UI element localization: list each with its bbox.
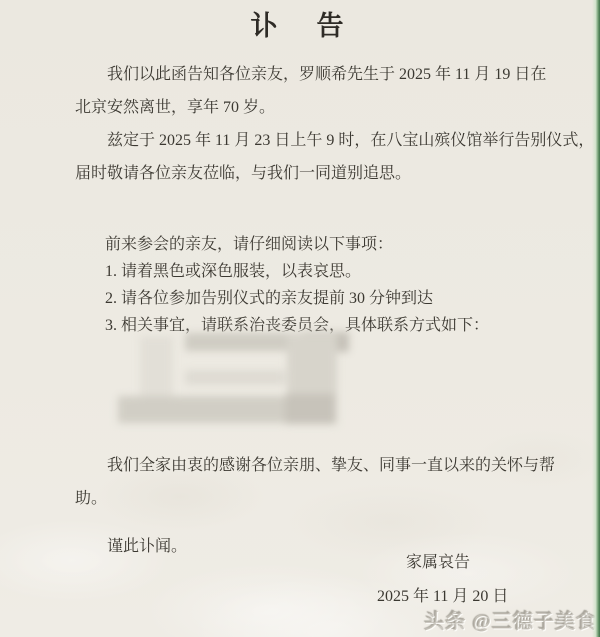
notice-intro: 前来参会的亲友，请仔细阅读以下事项：: [105, 231, 535, 258]
notice-item-arrival-time: 2. 请各位参加告别仪式的亲友提前 30 分钟到达: [105, 285, 535, 312]
page-edge-stripe: [592, 0, 600, 637]
notice-item-contact: 3. 相关事宜，请联系治丧委员会，具体联系方式如下：: [105, 312, 535, 339]
redacted-patch: [287, 334, 337, 424]
watermark-toutiao-badge: 头条 @三德子美食: [424, 605, 597, 634]
signature-family: 家属哀告: [406, 552, 470, 574]
notice-section: 前来参会的亲友，请仔细阅读以下事项： 1. 请着黑色或深色服装，以表哀思。 2.…: [105, 231, 535, 339]
redacted-patch: [118, 396, 288, 423]
closing-line: 谨此讣闻。: [75, 530, 187, 563]
redacted-patch: [285, 394, 335, 424]
obituary-document: 讣 告 我们以此函告知各位亲友，罗顺希先生于 2025 年 11 月 19 日在…: [0, 0, 600, 637]
page-title: 讣 告: [75, 8, 525, 44]
para-family-thanks: 我们全家由衷的感谢各位亲朋、挚友、同事一直以来的关怀与帮 助。: [75, 449, 535, 515]
notice-item-dress-code: 1. 请着黑色或深色服装，以表哀思。: [105, 258, 535, 285]
para-ceremony-info: 兹定于 2025 年 11 月 23 日上午 9 时，在八宝山殡仪馆举行告别仪式…: [75, 124, 535, 190]
para-death-announcement: 我们以此函告知各位亲友，罗顺希先生于 2025 年 11 月 19 日在 北京安…: [75, 58, 535, 124]
redacted-patch: [140, 336, 173, 404]
redacted-patch: [185, 370, 285, 385]
